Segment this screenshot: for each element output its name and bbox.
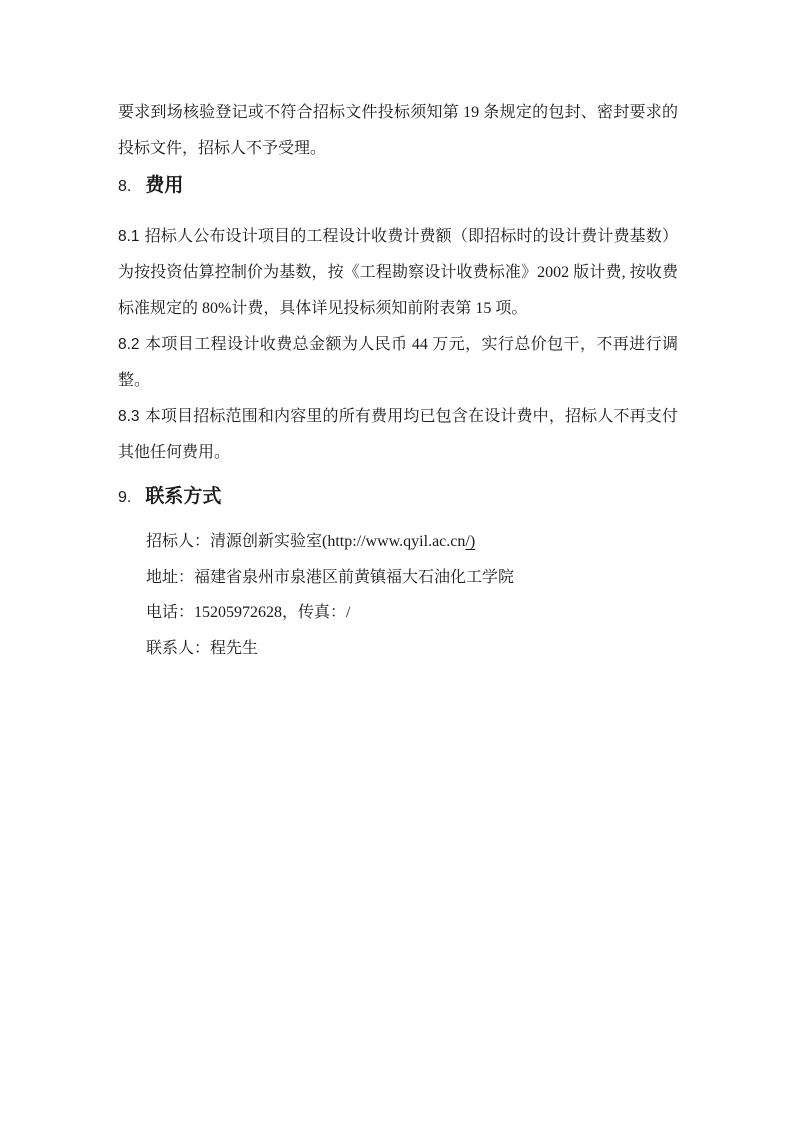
- contact-info-block: 招标人：清源创新实验室(http://www.qyil.ac.cn/) 地址：福…: [146, 524, 678, 666]
- section-8-heading: 8. 费用: [118, 170, 678, 203]
- section-8-title: 费用: [145, 170, 183, 202]
- section-8-number: 8.: [118, 171, 131, 203]
- clause-8-1-number: 8.1: [118, 228, 140, 245]
- contact-line-phone-fax: 电话：15205972628，传真：/: [146, 595, 678, 631]
- clause-8-3-number: 8.3: [118, 408, 140, 425]
- clause-8-1-text: 招标人公布设计项目的工程设计收费计费额（即招标时的设计费计费基数）为按投资估算控…: [118, 228, 678, 317]
- section-9-title: 联系方式: [145, 481, 221, 513]
- tenderee-text: 招标人：清源创新实验室(http://www.qyil.ac.cn: [146, 533, 465, 550]
- clause-8-3-text: 本项目招标范围和内容里的所有费用均已包含在设计费中，招标人不再支付其他任何费用。: [118, 408, 678, 461]
- contact-line-address: 地址：福建省泉州市泉港区前黄镇福大石油化工学院: [146, 560, 678, 596]
- contact-line-tenderee: 招标人：清源创新实验室(http://www.qyil.ac.cn/): [146, 524, 678, 560]
- intro-paragraph: 要求到场核验登记或不符合招标文件投标须知第 19 条规定的包封、密封要求的投标文…: [118, 95, 678, 167]
- clause-8-1: 8.1招标人公布设计项目的工程设计收费计费额（即招标时的设计费计费基数）为按投资…: [118, 219, 678, 327]
- clause-8-2: 8.2本项目工程设计收费总金额为人民币 44 万元，实行总价包干，不再进行调整。: [118, 327, 678, 399]
- clause-8-3: 8.3本项目招标范围和内容里的所有费用均已包含在设计费中，招标人不再支付其他任何…: [118, 399, 678, 471]
- document-page: 要求到场核验登记或不符合招标文件投标须知第 19 条规定的包封、密封要求的投标文…: [0, 0, 793, 1122]
- clause-8-2-text: 本项目工程设计收费总金额为人民币 44 万元，实行总价包干，不再进行调整。: [118, 336, 678, 389]
- contact-line-person: 联系人：程先生: [146, 631, 678, 667]
- clause-8-2-number: 8.2: [118, 336, 140, 353]
- tenderee-url-underlined-suffix: /): [465, 533, 475, 550]
- section-9-heading: 9. 联系方式: [118, 481, 678, 514]
- section-9-number: 9.: [118, 482, 131, 514]
